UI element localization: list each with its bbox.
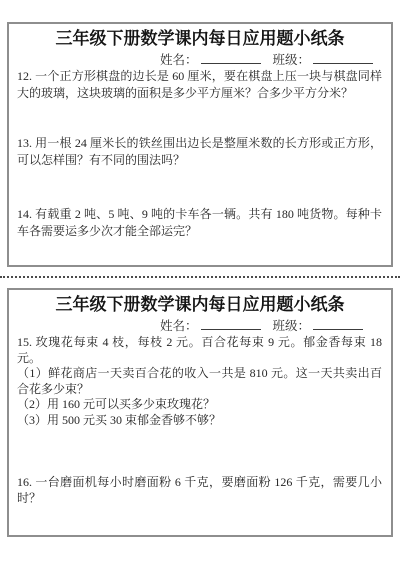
- problem-14-text: 14. 有载重 2 吨、5 吨、9 吨的卡车各一辆。共有 180 吨货物。每种卡…: [17, 206, 382, 240]
- name-label: 姓名：: [160, 53, 198, 67]
- dotted-cut-line: [0, 276, 400, 278]
- name-label: 姓名：: [160, 319, 198, 333]
- worksheet-title: 三年级下册数学课内每日应用题小纸条: [9, 294, 391, 316]
- worksheet-card-top: 三年级下册数学课内每日应用题小纸条 姓名：班级： 12. 一个正方形棋盘的边长是…: [7, 22, 393, 267]
- problem-13-text: 13. 用一根 24 厘米长的铁丝围出边长是整厘米数的长方形或正方形，可以怎样围…: [17, 135, 382, 169]
- problem-15-sub3-text: （3）用 500 元买 30 束郁金香够不够？: [17, 413, 382, 429]
- problem-15-text: 15. 玫瑰花每束 4 枝，每枝 2 元。百合花每束 9 元。郁金香每束 18 …: [17, 335, 382, 366]
- worksheet-title: 三年级下册数学课内每日应用题小纸条: [9, 28, 391, 50]
- problem-15-block: 15. 玫瑰花每束 4 枝，每枝 2 元。百合花每束 9 元。郁金香每束 18 …: [17, 335, 382, 428]
- problem-12-text: 12. 一个正方形棋盘的边长是 60 厘米，要在棋盘上压一块与棋盘同样大的玻璃，…: [17, 68, 382, 102]
- class-label: 班级：: [273, 319, 311, 333]
- worksheet-page: 三年级下册数学课内每日应用题小纸条 姓名：班级： 12. 一个正方形棋盘的边长是…: [0, 0, 400, 565]
- problem-15-sub1-text: （1）鲜花商店一天卖百合花的收入一共是 810 元。这一天共卖出百合花多少束？: [17, 366, 382, 397]
- class-blank-line: [313, 52, 373, 64]
- name-blank-line: [201, 52, 261, 64]
- class-label: 班级：: [273, 53, 311, 67]
- name-class-row: 姓名：班级：: [160, 52, 373, 68]
- problem-15-sub2-text: （2）用 160 元可以买多少束玫瑰花？: [17, 397, 382, 413]
- worksheet-card-bottom: 三年级下册数学课内每日应用题小纸条 姓名：班级： 15. 玫瑰花每束 4 枝，每…: [7, 288, 393, 537]
- problem-16-text: 16. 一台磨面机每小时磨面粉 6 千克，要磨面粉 126 千克，需要几小时？: [17, 475, 382, 506]
- name-class-row: 姓名：班级：: [160, 318, 363, 334]
- name-blank-line: [201, 318, 261, 330]
- class-blank-line: [313, 318, 363, 330]
